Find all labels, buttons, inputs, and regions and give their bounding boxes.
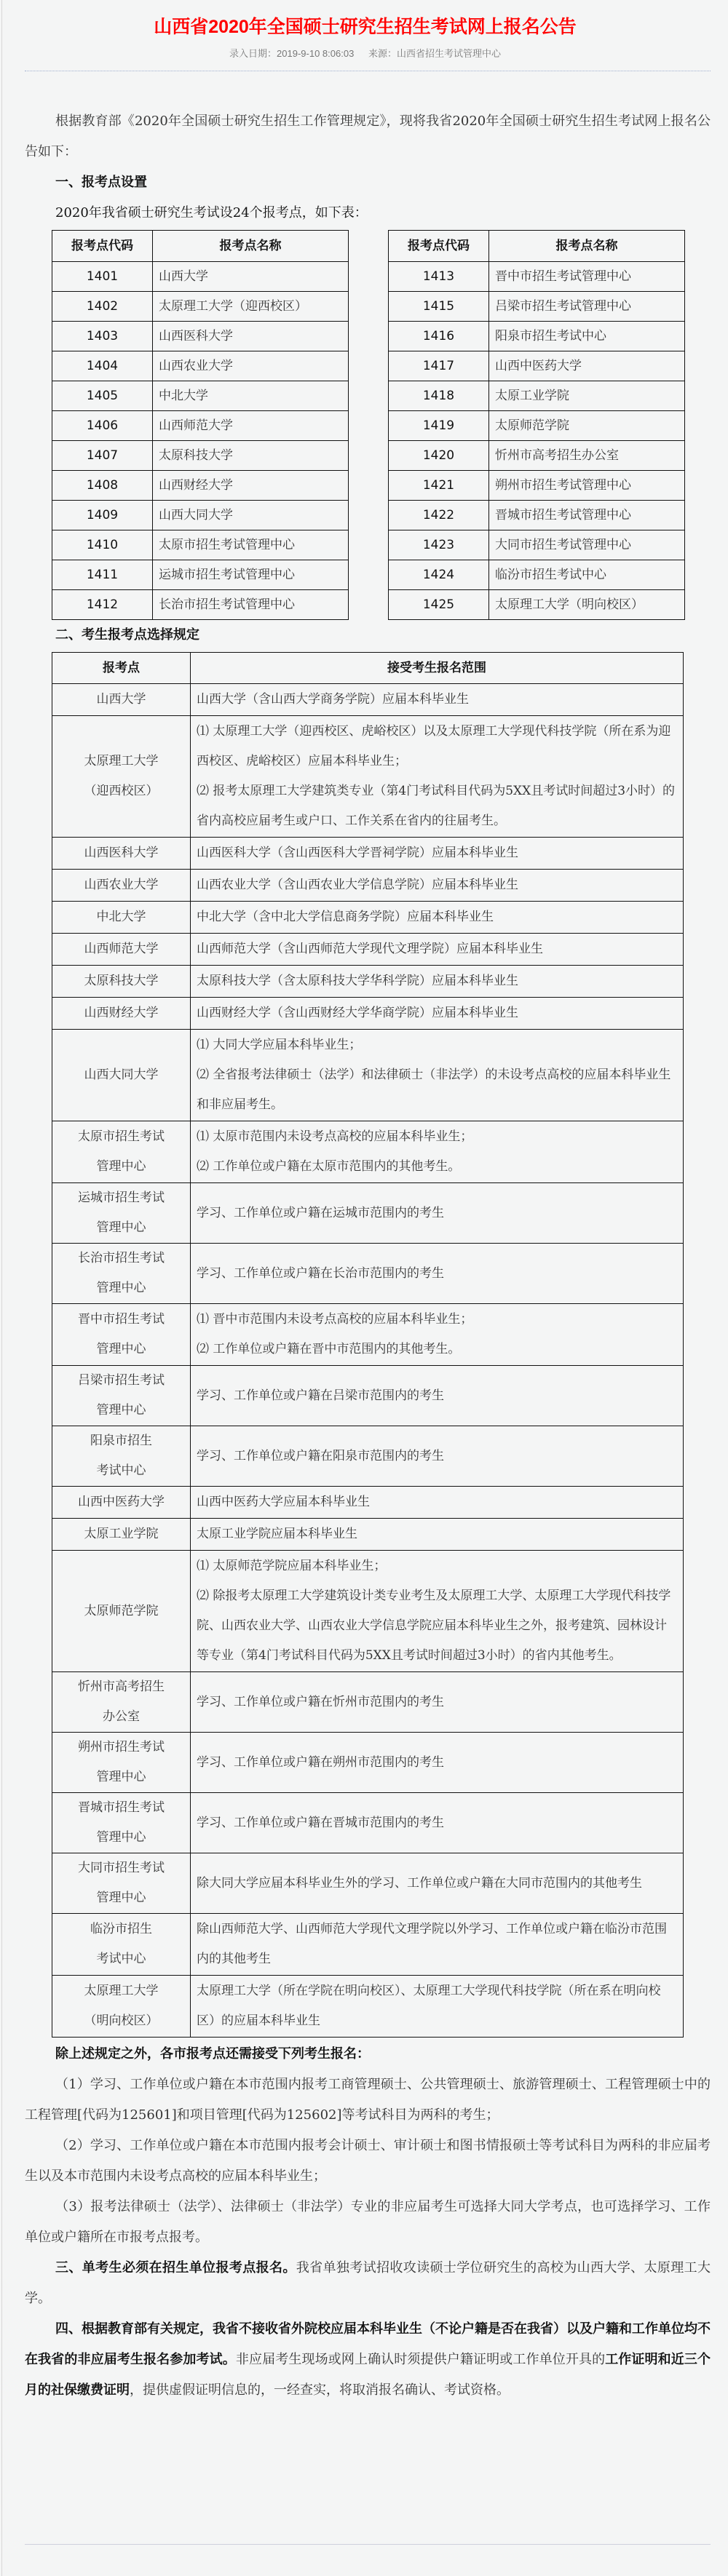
table-row: 太原理工大学（迎西校区）⑴ 太原理工大学（迎西校区、虎峪校区）以及太原理工大学现…: [52, 716, 684, 838]
col-header-code: 报考点代码: [389, 231, 489, 262]
scope-line: ⑴ 太原理工大学（迎西校区、虎峪校区）以及太原理工大学现代科技学院（所在系为迎西…: [197, 717, 677, 776]
site-code: 1411: [52, 560, 153, 590]
site-name-line: 管理中心: [58, 1823, 184, 1853]
scope-cell: 学习、工作单位或户籍在长治市范围内的考生: [191, 1244, 684, 1304]
col-header-site: 报考点: [52, 653, 191, 684]
scope-line: ⑵ 除报考太原理工大学建筑设计类专业考生及太原理工大学、太原理工大学现代科技学院…: [197, 1581, 677, 1671]
scope-cell: 山西师范大学（含山西师范大学现代文理学院）应届本科毕业生: [191, 934, 684, 966]
site-cell: 中北大学: [52, 902, 191, 934]
scope-cell: 学习、工作单位或户籍在吕梁市范围内的考生: [191, 1366, 684, 1426]
scope-cell: ⑴ 晋中市范围内未设考点高校的应届本科毕业生；⑵ 工作单位或户籍在晋中市范围内的…: [191, 1304, 684, 1366]
site-name: 太原市招生考试管理中心: [153, 530, 349, 560]
site-code: 1402: [52, 292, 153, 322]
table-row: 山西大学山西大学（含山西大学商务学院）应届本科毕业生: [52, 684, 684, 716]
site-code: 1422: [389, 501, 489, 530]
exam-sites-left-body: 1401山西大学1402太原理工大学（迎西校区）1403山西医科大学1404山西…: [52, 262, 349, 620]
scope-cell: 学习、工作单位或户籍在晋城市范围内的考生: [191, 1793, 684, 1853]
site-name-line: （明向校区）: [58, 2006, 184, 2036]
site-name-line: 山西财经大学: [58, 998, 184, 1028]
table-row: 晋中市招生考试管理中心⑴ 晋中市范围内未设考点高校的应届本科毕业生；⑵ 工作单位…: [52, 1304, 684, 1366]
table-row: 阳泉市招生考试中心学习、工作单位或户籍在阳泉市范围内的考生: [52, 1426, 684, 1487]
site-cell: 山西师范大学: [52, 934, 191, 966]
scope-cell: 学习、工作单位或户籍在朔州市范围内的考生: [191, 1733, 684, 1793]
site-code: 1418: [389, 381, 489, 411]
section3-paragraph: 三、单考生必须在招生单位报考点报名。我省单独考试招收攻读硕士学位研究生的高校为山…: [25, 2253, 711, 2314]
site-name-line: 山西师范大学: [58, 934, 184, 964]
site-code: 1406: [52, 411, 153, 441]
site-name: 山西中医药大学: [489, 351, 685, 381]
site-name: 山西农业大学: [153, 351, 349, 381]
scope-line: 太原理工大学（所在学院在明向校区）、太原理工大学现代科技学院（所在系在明向校区）…: [197, 1976, 677, 2036]
site-cell: 太原理工大学（明向校区）: [52, 1976, 191, 2038]
site-name-line: 办公室: [58, 1702, 184, 1732]
site-cell: 山西大同大学: [52, 1030, 191, 1121]
table-row: 1408山西财经大学: [52, 471, 349, 501]
table-row: 临汾市招生考试中心除山西师范大学、山西师范大学现代文理学院以外学习、工作单位或户…: [52, 1914, 684, 1976]
scope-line: 山西大学（含山西大学商务学院）应届本科毕业生: [197, 685, 677, 715]
site-name-line: （迎西校区）: [58, 776, 184, 806]
article-body: 根据教育部《2020年全国硕士研究生招生工作管理规定》，现将我省2020年全国硕…: [25, 106, 711, 2406]
site-cell: 晋中市招生考试管理中心: [52, 1304, 191, 1366]
site-code: 1407: [52, 441, 153, 471]
scope-line: 山西农业大学（含山西农业大学信息学院）应届本科毕业生: [197, 870, 677, 900]
scope-cell: 太原理工大学（所在学院在明向校区）、太原理工大学现代科技学院（所在系在明向校区）…: [191, 1976, 684, 2038]
scope-line: 太原工业学院应届本科毕业生: [197, 1519, 677, 1549]
intro-paragraph: 根据教育部《2020年全国硕士研究生招生工作管理规定》，现将我省2020年全国硕…: [25, 106, 711, 167]
table-row: 太原理工大学（明向校区）太原理工大学（所在学院在明向校区）、太原理工大学现代科技…: [52, 1976, 684, 2038]
scope-cell: ⑴ 太原理工大学（迎西校区、虎峪校区）以及太原理工大学现代科技学院（所在系为迎西…: [191, 716, 684, 838]
site-name-line: 朔州市招生考试: [58, 1733, 184, 1762]
table-row: 运城市招生考试管理中心学习、工作单位或户籍在运城市范围内的考生: [52, 1183, 684, 1244]
scope-cell: 山西中医药大学应届本科毕业生: [191, 1487, 684, 1519]
site-cell: 太原理工大学（迎西校区）: [52, 716, 191, 838]
site-name-line: 太原市招生考试: [58, 1122, 184, 1152]
exam-sites-tables: 报考点代码 报考点名称 1401山西大学1402太原理工大学（迎西校区）1403…: [25, 230, 711, 620]
site-name: 临汾市招生考试中心: [489, 560, 685, 590]
exam-sites-table-right: 报考点代码 报考点名称 1413晋中市招生考试管理中心1415吕梁市招生考试管理…: [388, 230, 685, 620]
scope-cell: 除大同大学应届本科毕业生外的学习、工作单位或户籍在大同市范围内的其他考生: [191, 1853, 684, 1914]
site-name: 吕梁市招生考试管理中心: [489, 292, 685, 322]
table-row: 朔州市招生考试管理中心学习、工作单位或户籍在朔州市范围内的考生: [52, 1733, 684, 1793]
site-cell: 太原科技大学: [52, 966, 191, 998]
scope-cell: 学习、工作单位或户籍在阳泉市范围内的考生: [191, 1426, 684, 1487]
site-code: 1417: [389, 351, 489, 381]
scope-cell: 山西医科大学（含山西医科大学晋祠学院）应届本科毕业生: [191, 838, 684, 870]
site-cell: 长治市招生考试管理中心: [52, 1244, 191, 1304]
site-name-line: 运城市招生考试: [58, 1183, 184, 1213]
site-name-line: 大同市招生考试: [58, 1853, 184, 1883]
scope-line: 学习、工作单位或户籍在吕梁市范围内的考生: [197, 1381, 677, 1411]
site-cell: 忻州市高考招生办公室: [52, 1672, 191, 1733]
table-row: 山西大同大学⑴ 大同大学应届本科毕业生；⑵ 全省报考法律硕士（法学）和法律硕士（…: [52, 1030, 684, 1121]
table-row: 山西医科大学山西医科大学（含山西医科大学晋祠学院）应届本科毕业生: [52, 838, 684, 870]
site-name-line: 中北大学: [58, 902, 184, 932]
table-row: 1421朔州市招生考试管理中心: [389, 471, 685, 501]
site-name-line: 太原师范学院: [58, 1597, 184, 1626]
table-row: 太原师范学院⑴ 太原师范学院应届本科毕业生；⑵ 除报考太原理工大学建筑设计类专业…: [52, 1551, 684, 1672]
exam-sites-right-body: 1413晋中市招生考试管理中心1415吕梁市招生考试管理中心1416阳泉市招生考…: [389, 262, 685, 620]
site-name: 太原科技大学: [153, 441, 349, 471]
site-name: 长治市招生考试管理中心: [153, 590, 349, 620]
site-code: 1412: [52, 590, 153, 620]
site-name-line: 山西大同大学: [58, 1060, 184, 1090]
table-row: 1406山西师范大学: [52, 411, 349, 441]
table-row: 1423大同市招生考试管理中心: [389, 530, 685, 560]
site-name: 中北大学: [153, 381, 349, 411]
scope-line: 山西医科大学（含山西医科大学晋祠学院）应届本科毕业生: [197, 838, 677, 868]
site-code: 1419: [389, 411, 489, 441]
article-title: 山西省2020年全国硕士研究生招生考试网上报名公告: [2, 12, 728, 39]
table-row: 中北大学中北大学（含中北大学信息商务学院）应届本科毕业生: [52, 902, 684, 934]
scope-line: 学习、工作单位或户籍在朔州市范围内的考生: [197, 1748, 677, 1778]
site-name: 山西师范大学: [153, 411, 349, 441]
site-cell: 太原市招生考试管理中心: [52, 1121, 191, 1183]
table-row: 山西中医药大学山西中医药大学应届本科毕业生: [52, 1487, 684, 1519]
extra-rule-item: （1）学习、工作单位或户籍在本市范围内报考工商管理硕士、公共管理硕士、旅游管理硕…: [25, 2070, 711, 2131]
scope-line: ⑴ 大同大学应届本科毕业生；: [197, 1030, 677, 1060]
table-row: 1417山西中医药大学: [389, 351, 685, 381]
article-page: 山西省2020年全国硕士研究生招生考试网上报名公告 录入日期：2019-9-10…: [1, 0, 728, 2576]
scope-cell: ⑴ 太原师范学院应届本科毕业生；⑵ 除报考太原理工大学建筑设计类专业考生及太原理…: [191, 1551, 684, 1672]
table-row: 1422晋城市招生考试管理中心: [389, 501, 685, 530]
exam-sites-table-left: 报考点代码 报考点名称 1401山西大学1402太原理工大学（迎西校区）1403…: [52, 230, 349, 620]
site-name-line: 管理中心: [58, 1335, 184, 1364]
scope-cell: 山西大学（含山西大学商务学院）应届本科毕业生: [191, 684, 684, 716]
scope-cell: 学习、工作单位或户籍在运城市范围内的考生: [191, 1183, 684, 1244]
table-row: 长治市招生考试管理中心学习、工作单位或户籍在长治市范围内的考生: [52, 1244, 684, 1304]
table-row: 1404山西农业大学: [52, 351, 349, 381]
table-row: 1405中北大学: [52, 381, 349, 411]
site-name: 山西大学: [153, 262, 349, 292]
site-code: 1425: [389, 590, 489, 620]
site-name-line: 管理中心: [58, 1213, 184, 1243]
table-row: 1402太原理工大学（迎西校区）: [52, 292, 349, 322]
scope-line: ⑵ 工作单位或户籍在太原市范围内的其他考生。: [197, 1152, 677, 1182]
table-row: 太原工业学院太原工业学院应届本科毕业生: [52, 1519, 684, 1551]
table-row: 1418太原工业学院: [389, 381, 685, 411]
source: 来源：山西省招生考试管理中心: [368, 48, 501, 59]
site-cell: 运城市招生考试管理中心: [52, 1183, 191, 1244]
site-name-line: 太原理工大学: [58, 1976, 184, 2006]
entry-date: 录入日期：2019-9-10 8:06:03: [229, 48, 354, 59]
site-name: 太原理工大学（明向校区）: [489, 590, 685, 620]
site-code: 1408: [52, 471, 153, 501]
section1-heading: 一、报考点设置: [25, 167, 711, 198]
site-cell: 朔州市招生考试管理中心: [52, 1733, 191, 1793]
site-name: 大同市招生考试管理中心: [489, 530, 685, 560]
site-code: 1403: [52, 322, 153, 351]
site-name-line: 管理中心: [58, 1273, 184, 1303]
extra-rules-list: （1）学习、工作单位或户籍在本市范围内报考工商管理硕士、公共管理硕士、旅游管理硕…: [25, 2070, 711, 2253]
site-code: 1401: [52, 262, 153, 292]
table-row: 山西财经大学山西财经大学（含山西财经大学华商学院）应届本科毕业生: [52, 998, 684, 1030]
extra-rules-heading: 除上述规定之外，各市报考点还需接受下列考生报名：: [25, 2039, 711, 2070]
scope-line: 除山西师范大学、山西师范大学现代文理学院以外学习、工作单位或户籍在临汾市范围内的…: [197, 1915, 677, 1974]
site-name-line: 吕梁市招生考试: [58, 1366, 184, 1396]
table-row: 晋城市招生考试管理中心学习、工作单位或户籍在晋城市范围内的考生: [52, 1793, 684, 1853]
entry-date-value: 2019-9-10 8:06:03: [277, 48, 354, 59]
site-name-line: 忻州市高考招生: [58, 1672, 184, 1702]
table-row: 1401山西大学: [52, 262, 349, 292]
scope-line: 学习、工作单位或户籍在运城市范围内的考生: [197, 1198, 677, 1228]
site-cell: 山西大学: [52, 684, 191, 716]
site-name: 太原理工大学（迎西校区）: [153, 292, 349, 322]
site-name-line: 管理中心: [58, 1762, 184, 1792]
site-rules-table: 报考点 接受考生报名范围 山西大学山西大学（含山西大学商务学院）应届本科毕业生太…: [52, 652, 684, 2038]
scope-cell: 太原科技大学（含太原科技大学华科学院）应届本科毕业生: [191, 966, 684, 998]
site-name-line: 太原理工大学: [58, 747, 184, 776]
table-row: 1410太原市招生考试管理中心: [52, 530, 349, 560]
section4-text2: ，提供虚假证明信息的，一经查实，将取消报名确认、考试资格。: [130, 2382, 510, 2398]
site-name-line: 临汾市招生: [58, 1915, 184, 1944]
site-cell: 山西农业大学: [52, 870, 191, 902]
table-row: 1420忻州市高考招生办公室: [389, 441, 685, 471]
site-name: 晋中市招生考试管理中心: [489, 262, 685, 292]
table-row: 吕梁市招生考试管理中心学习、工作单位或户籍在吕梁市范围内的考生: [52, 1366, 684, 1426]
section3-bold: 三、单考生必须在招生单位报考点报名。: [55, 2260, 296, 2275]
site-code: 1424: [389, 560, 489, 590]
site-name-line: 山西医科大学: [58, 838, 184, 868]
site-name-line: 太原工业学院: [58, 1519, 184, 1549]
table-row: 1415吕梁市招生考试管理中心: [389, 292, 685, 322]
site-cell: 太原工业学院: [52, 1519, 191, 1551]
table-row: 1413晋中市招生考试管理中心: [389, 262, 685, 292]
site-name-line: 晋中市招生考试: [58, 1305, 184, 1335]
title-divider: [25, 71, 711, 71]
site-rules-body: 山西大学山西大学（含山西大学商务学院）应届本科毕业生太原理工大学（迎西校区）⑴ …: [52, 684, 684, 2038]
scope-cell: 山西财经大学（含山西财经大学华商学院）应届本科毕业生: [191, 998, 684, 1030]
scope-cell: 除山西师范大学、山西师范大学现代文理学院以外学习、工作单位或户籍在临汾市范围内的…: [191, 1914, 684, 1976]
col-header-name: 报考点名称: [489, 231, 685, 262]
scope-line: ⑵ 全省报考法律硕士（法学）和法律硕士（非法学）的未设考点高校的应届本科毕业生和…: [197, 1060, 677, 1120]
col-header-scope: 接受考生报名范围: [191, 653, 684, 684]
scope-cell: 山西农业大学（含山西农业大学信息学院）应届本科毕业生: [191, 870, 684, 902]
site-code: 1416: [389, 322, 489, 351]
site-name-line: 管理中心: [58, 1396, 184, 1426]
site-cell: 太原师范学院: [52, 1551, 191, 1672]
site-name: 山西大同大学: [153, 501, 349, 530]
site-cell: 吕梁市招生考试管理中心: [52, 1366, 191, 1426]
site-code: 1404: [52, 351, 153, 381]
section4-text1: 非应届考生现场或网上确认时须提供户籍证明或工作单位开具的: [236, 2352, 605, 2367]
table-row: 1403山西医科大学: [52, 322, 349, 351]
site-cell: 山西医科大学: [52, 838, 191, 870]
site-cell: 阳泉市招生考试中心: [52, 1426, 191, 1487]
site-code: 1420: [389, 441, 489, 471]
scope-line: ⑴ 晋中市范围内未设考点高校的应届本科毕业生；: [197, 1305, 677, 1335]
table-row: 忻州市高考招生办公室学习、工作单位或户籍在忻州市范围内的考生: [52, 1672, 684, 1733]
scope-cell: 学习、工作单位或户籍在忻州市范围内的考生: [191, 1672, 684, 1733]
site-code: 1409: [52, 501, 153, 530]
table-row: 太原市招生考试管理中心⑴ 太原市范围内未设考点高校的应届本科毕业生；⑵ 工作单位…: [52, 1121, 684, 1183]
site-name: 太原工业学院: [489, 381, 685, 411]
site-cell: 临汾市招生考试中心: [52, 1914, 191, 1976]
site-name-line: 晋城市招生考试: [58, 1793, 184, 1823]
table-row: 1412长治市招生考试管理中心: [52, 590, 349, 620]
table-row: 1425太原理工大学（明向校区）: [389, 590, 685, 620]
site-cell: 晋城市招生考试管理中心: [52, 1793, 191, 1853]
site-name-line: 山西农业大学: [58, 870, 184, 900]
table-row: 1407太原科技大学: [52, 441, 349, 471]
table-row: 1411运城市招生考试管理中心: [52, 560, 349, 590]
scope-cell: ⑴ 大同大学应届本科毕业生；⑵ 全省报考法律硕士（法学）和法律硕士（非法学）的未…: [191, 1030, 684, 1121]
site-name-line: 管理中心: [58, 1883, 184, 1913]
site-name-line: 山西大学: [58, 685, 184, 715]
footer-divider: [25, 2544, 711, 2545]
site-name: 忻州市高考招生办公室: [489, 441, 685, 471]
scope-line: 中北大学（含中北大学信息商务学院）应届本科毕业生: [197, 902, 677, 932]
site-cell: 山西中医药大学: [52, 1487, 191, 1519]
extra-rule-item: （3）报考法律硕士（法学）、法律硕士（非法学）专业的非应届考生可选择大同大学考点…: [25, 2192, 711, 2253]
site-name-line: 太原科技大学: [58, 966, 184, 996]
table-row: 1409山西大同大学: [52, 501, 349, 530]
site-name: 山西财经大学: [153, 471, 349, 501]
scope-line: ⑴ 太原市范围内未设考点高校的应届本科毕业生；: [197, 1122, 677, 1152]
table-row: 1416阳泉市招生考试中心: [389, 322, 685, 351]
site-name-line: 山西中医药大学: [58, 1487, 184, 1517]
site-name-line: 长治市招生考试: [58, 1244, 184, 1273]
table-row: 太原科技大学太原科技大学（含太原科技大学华科学院）应届本科毕业生: [52, 966, 684, 998]
col-header-name: 报考点名称: [153, 231, 349, 262]
source-value: 山西省招生考试管理中心: [397, 48, 501, 59]
site-name-line: 阳泉市招生: [58, 1426, 184, 1456]
scope-line: 学习、工作单位或户籍在晋城市范围内的考生: [197, 1808, 677, 1838]
site-code: 1423: [389, 530, 489, 560]
site-name: 山西医科大学: [153, 322, 349, 351]
section4-paragraph: 四、根据教育部有关规定，我省不接收省外院校应届本科毕业生（不论户籍是否在我省）以…: [25, 2314, 711, 2406]
source-label: 来源：: [368, 48, 397, 59]
table-row: 1419太原师范学院: [389, 411, 685, 441]
scope-line: ⑴ 太原师范学院应届本科毕业生；: [197, 1551, 677, 1581]
entry-date-label: 录入日期：: [229, 48, 277, 59]
scope-line: 山西中医药大学应届本科毕业生: [197, 1487, 677, 1517]
extra-rule-item: （2）学习、工作单位或户籍在本市范围内报考会计硕士、审计硕士和图书情报硕士等考试…: [25, 2131, 711, 2192]
site-name-line: 管理中心: [58, 1152, 184, 1182]
section2-heading: 二、考生报考点选择规定: [25, 620, 711, 651]
table-row: 山西农业大学山西农业大学（含山西农业大学信息学院）应届本科毕业生: [52, 870, 684, 902]
site-cell: 山西财经大学: [52, 998, 191, 1030]
site-cell: 大同市招生考试管理中心: [52, 1853, 191, 1914]
table-row: 大同市招生考试管理中心除大同大学应届本科毕业生外的学习、工作单位或户籍在大同市范…: [52, 1853, 684, 1914]
site-name: 晋城市招生考试管理中心: [489, 501, 685, 530]
scope-line: ⑵ 工作单位或户籍在晋中市范围内的其他考生。: [197, 1335, 677, 1364]
scope-line: 学习、工作单位或户籍在忻州市范围内的考生: [197, 1687, 677, 1717]
site-name: 朔州市招生考试管理中心: [489, 471, 685, 501]
table-row: 1424临汾市招生考试中心: [389, 560, 685, 590]
scope-line: 学习、工作单位或户籍在长治市范围内的考生: [197, 1259, 677, 1289]
site-name: 太原师范学院: [489, 411, 685, 441]
scope-cell: 中北大学（含中北大学信息商务学院）应届本科毕业生: [191, 902, 684, 934]
scope-line: ⑵ 报考太原理工大学建筑类专业（第4门考试科目代码为5XX且考试时间超过3小时）…: [197, 776, 677, 836]
site-rules-table-wrap: 报考点 接受考生报名范围 山西大学山西大学（含山西大学商务学院）应届本科毕业生太…: [52, 652, 711, 2038]
site-name: 阳泉市招生考试中心: [489, 322, 685, 351]
site-code: 1421: [389, 471, 489, 501]
site-code: 1405: [52, 381, 153, 411]
article-meta: 录入日期：2019-9-10 8:06:03 来源：山西省招生考试管理中心: [2, 46, 728, 60]
scope-line: 学习、工作单位或户籍在阳泉市范围内的考生: [197, 1442, 677, 1471]
section1-lead: 2020年我省硕士研究生考试设24个报考点，如下表：: [25, 198, 711, 228]
site-name: 运城市招生考试管理中心: [153, 560, 349, 590]
site-code: 1415: [389, 292, 489, 322]
scope-line: 除大同大学应届本科毕业生外的学习、工作单位或户籍在大同市范围内的其他考生: [197, 1869, 677, 1899]
scope-line: 山西师范大学（含山西师范大学现代文理学院）应届本科毕业生: [197, 934, 677, 964]
site-name-line: 考试中心: [58, 1944, 184, 1974]
scope-cell: ⑴ 太原市范围内未设考点高校的应届本科毕业生；⑵ 工作单位或户籍在太原市范围内的…: [191, 1121, 684, 1183]
site-name-line: 考试中心: [58, 1456, 184, 1486]
table-row: 山西师范大学山西师范大学（含山西师范大学现代文理学院）应届本科毕业生: [52, 934, 684, 966]
site-code: 1410: [52, 530, 153, 560]
scope-line: 山西财经大学（含山西财经大学华商学院）应届本科毕业生: [197, 998, 677, 1028]
scope-line: 太原科技大学（含太原科技大学华科学院）应届本科毕业生: [197, 966, 677, 996]
site-code: 1413: [389, 262, 489, 292]
col-header-code: 报考点代码: [52, 231, 153, 262]
scope-cell: 太原工业学院应届本科毕业生: [191, 1519, 684, 1551]
